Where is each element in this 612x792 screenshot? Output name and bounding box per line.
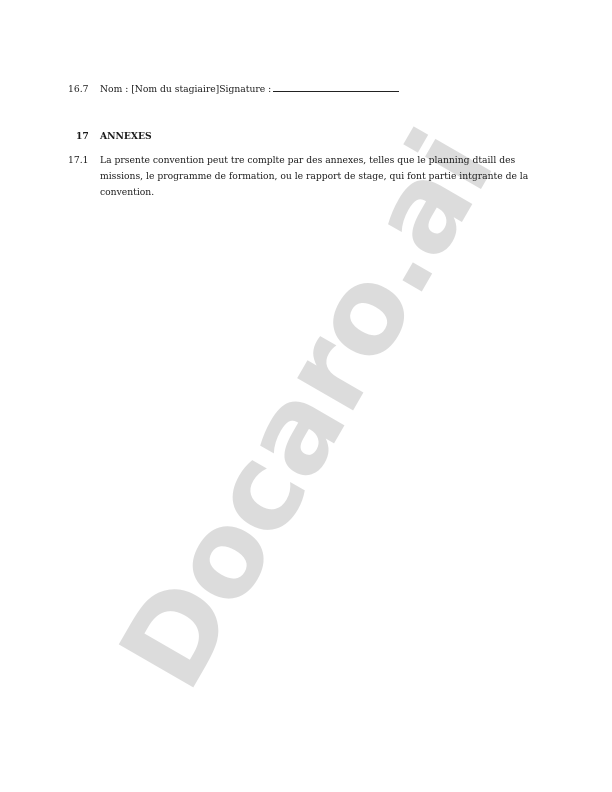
clause-number: 17.1	[68, 153, 88, 169]
clause-line: convention.	[100, 185, 530, 201]
signature-label: Nom : [Nom du stagiaire]Signature :	[100, 84, 271, 95]
signature-text: Nom : [Nom du stagiaire]Signature :	[100, 82, 530, 98]
document-page: Docaro.ai 16.7 Nom : [Nom du stagiaire]S…	[0, 0, 612, 792]
clause-line: missions, le programme de formation, ou …	[100, 169, 530, 185]
section-title: ANNEXES	[100, 129, 530, 145]
item-number: 16.7	[68, 82, 88, 98]
signature-blank-line[interactable]	[273, 82, 399, 92]
clause-text: La prsente convention peut tre complte p…	[100, 153, 530, 201]
clause-line: La prsente convention peut tre complte p…	[100, 153, 530, 169]
section-number: 17	[76, 129, 89, 145]
